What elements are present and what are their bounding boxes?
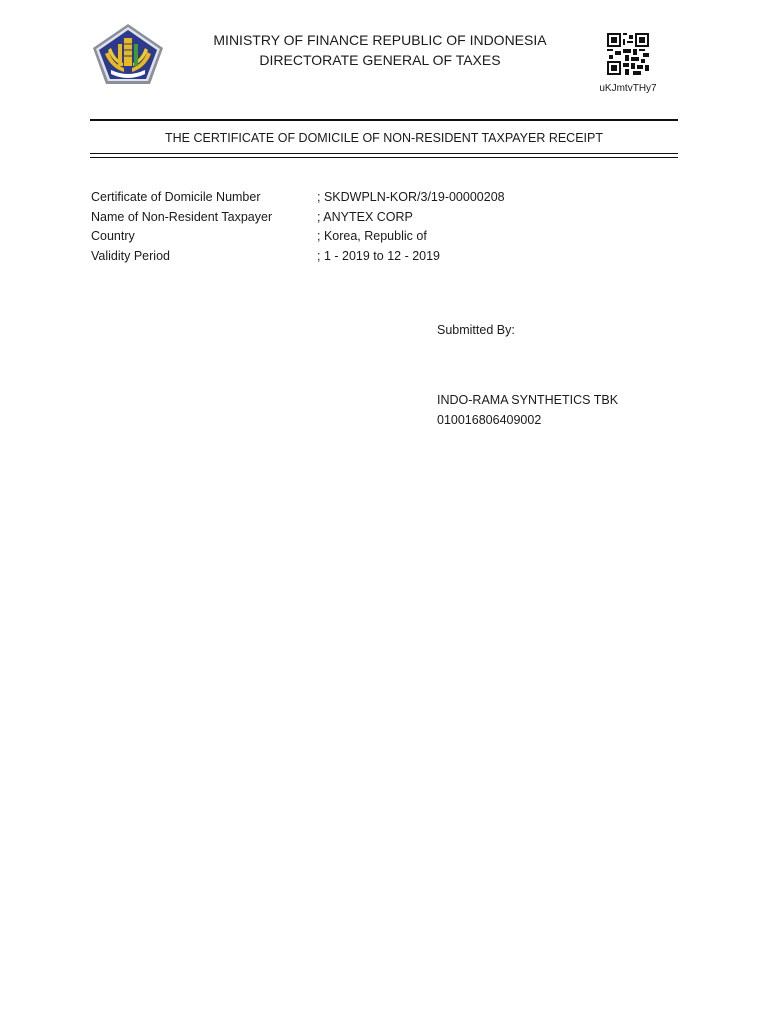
submitter-name: INDO-RAMA SYNTHETICS TBK [437, 390, 618, 410]
directorate-name: DIRECTORATE GENERAL OF TAXES [190, 50, 570, 70]
ministry-emblem-icon [91, 22, 165, 86]
document-title: THE CERTIFICATE OF DOMICILE OF NON-RESID… [90, 131, 678, 145]
qr-code-text: uKJmtvTHy7 [588, 83, 668, 94]
header-title: MINISTRY OF FINANCE REPUBLIC OF INDONESI… [190, 30, 570, 70]
certificate-number-value: SKDWPLN-KOR/3/19-00000208 [317, 188, 505, 208]
certificate-fields: Certificate of Domicile Number SKDWPLN-K… [91, 188, 505, 267]
validity-period-value: 1 - 2019 to 12 - 2019 [317, 247, 440, 267]
submitted-by-label: Submitted By: [437, 320, 515, 340]
submitter-block: INDO-RAMA SYNTHETICS TBK 010016806409002 [437, 390, 618, 430]
qr-code-icon [606, 33, 650, 75]
field-row-country: Country Korea, Republic of [91, 227, 505, 247]
taxpayer-name-value: ANYTEX CORP [317, 208, 413, 228]
field-row-taxpayer-name: Name of Non-Resident Taxpayer ANYTEX COR… [91, 208, 505, 228]
divider-double-1 [90, 153, 678, 154]
field-label: Country [91, 227, 317, 247]
divider-top [90, 119, 678, 121]
country-value: Korea, Republic of [317, 227, 427, 247]
field-row-certificate-number: Certificate of Domicile Number SKDWPLN-K… [91, 188, 505, 208]
field-label: Validity Period [91, 247, 317, 267]
divider-double-2 [90, 157, 678, 158]
field-row-validity-period: Validity Period 1 - 2019 to 12 - 2019 [91, 247, 505, 267]
field-label: Name of Non-Resident Taxpayer [91, 208, 317, 228]
ministry-name: MINISTRY OF FINANCE REPUBLIC OF INDONESI… [190, 30, 570, 50]
field-label: Certificate of Domicile Number [91, 188, 317, 208]
submitter-tax-id: 010016806409002 [437, 410, 618, 430]
